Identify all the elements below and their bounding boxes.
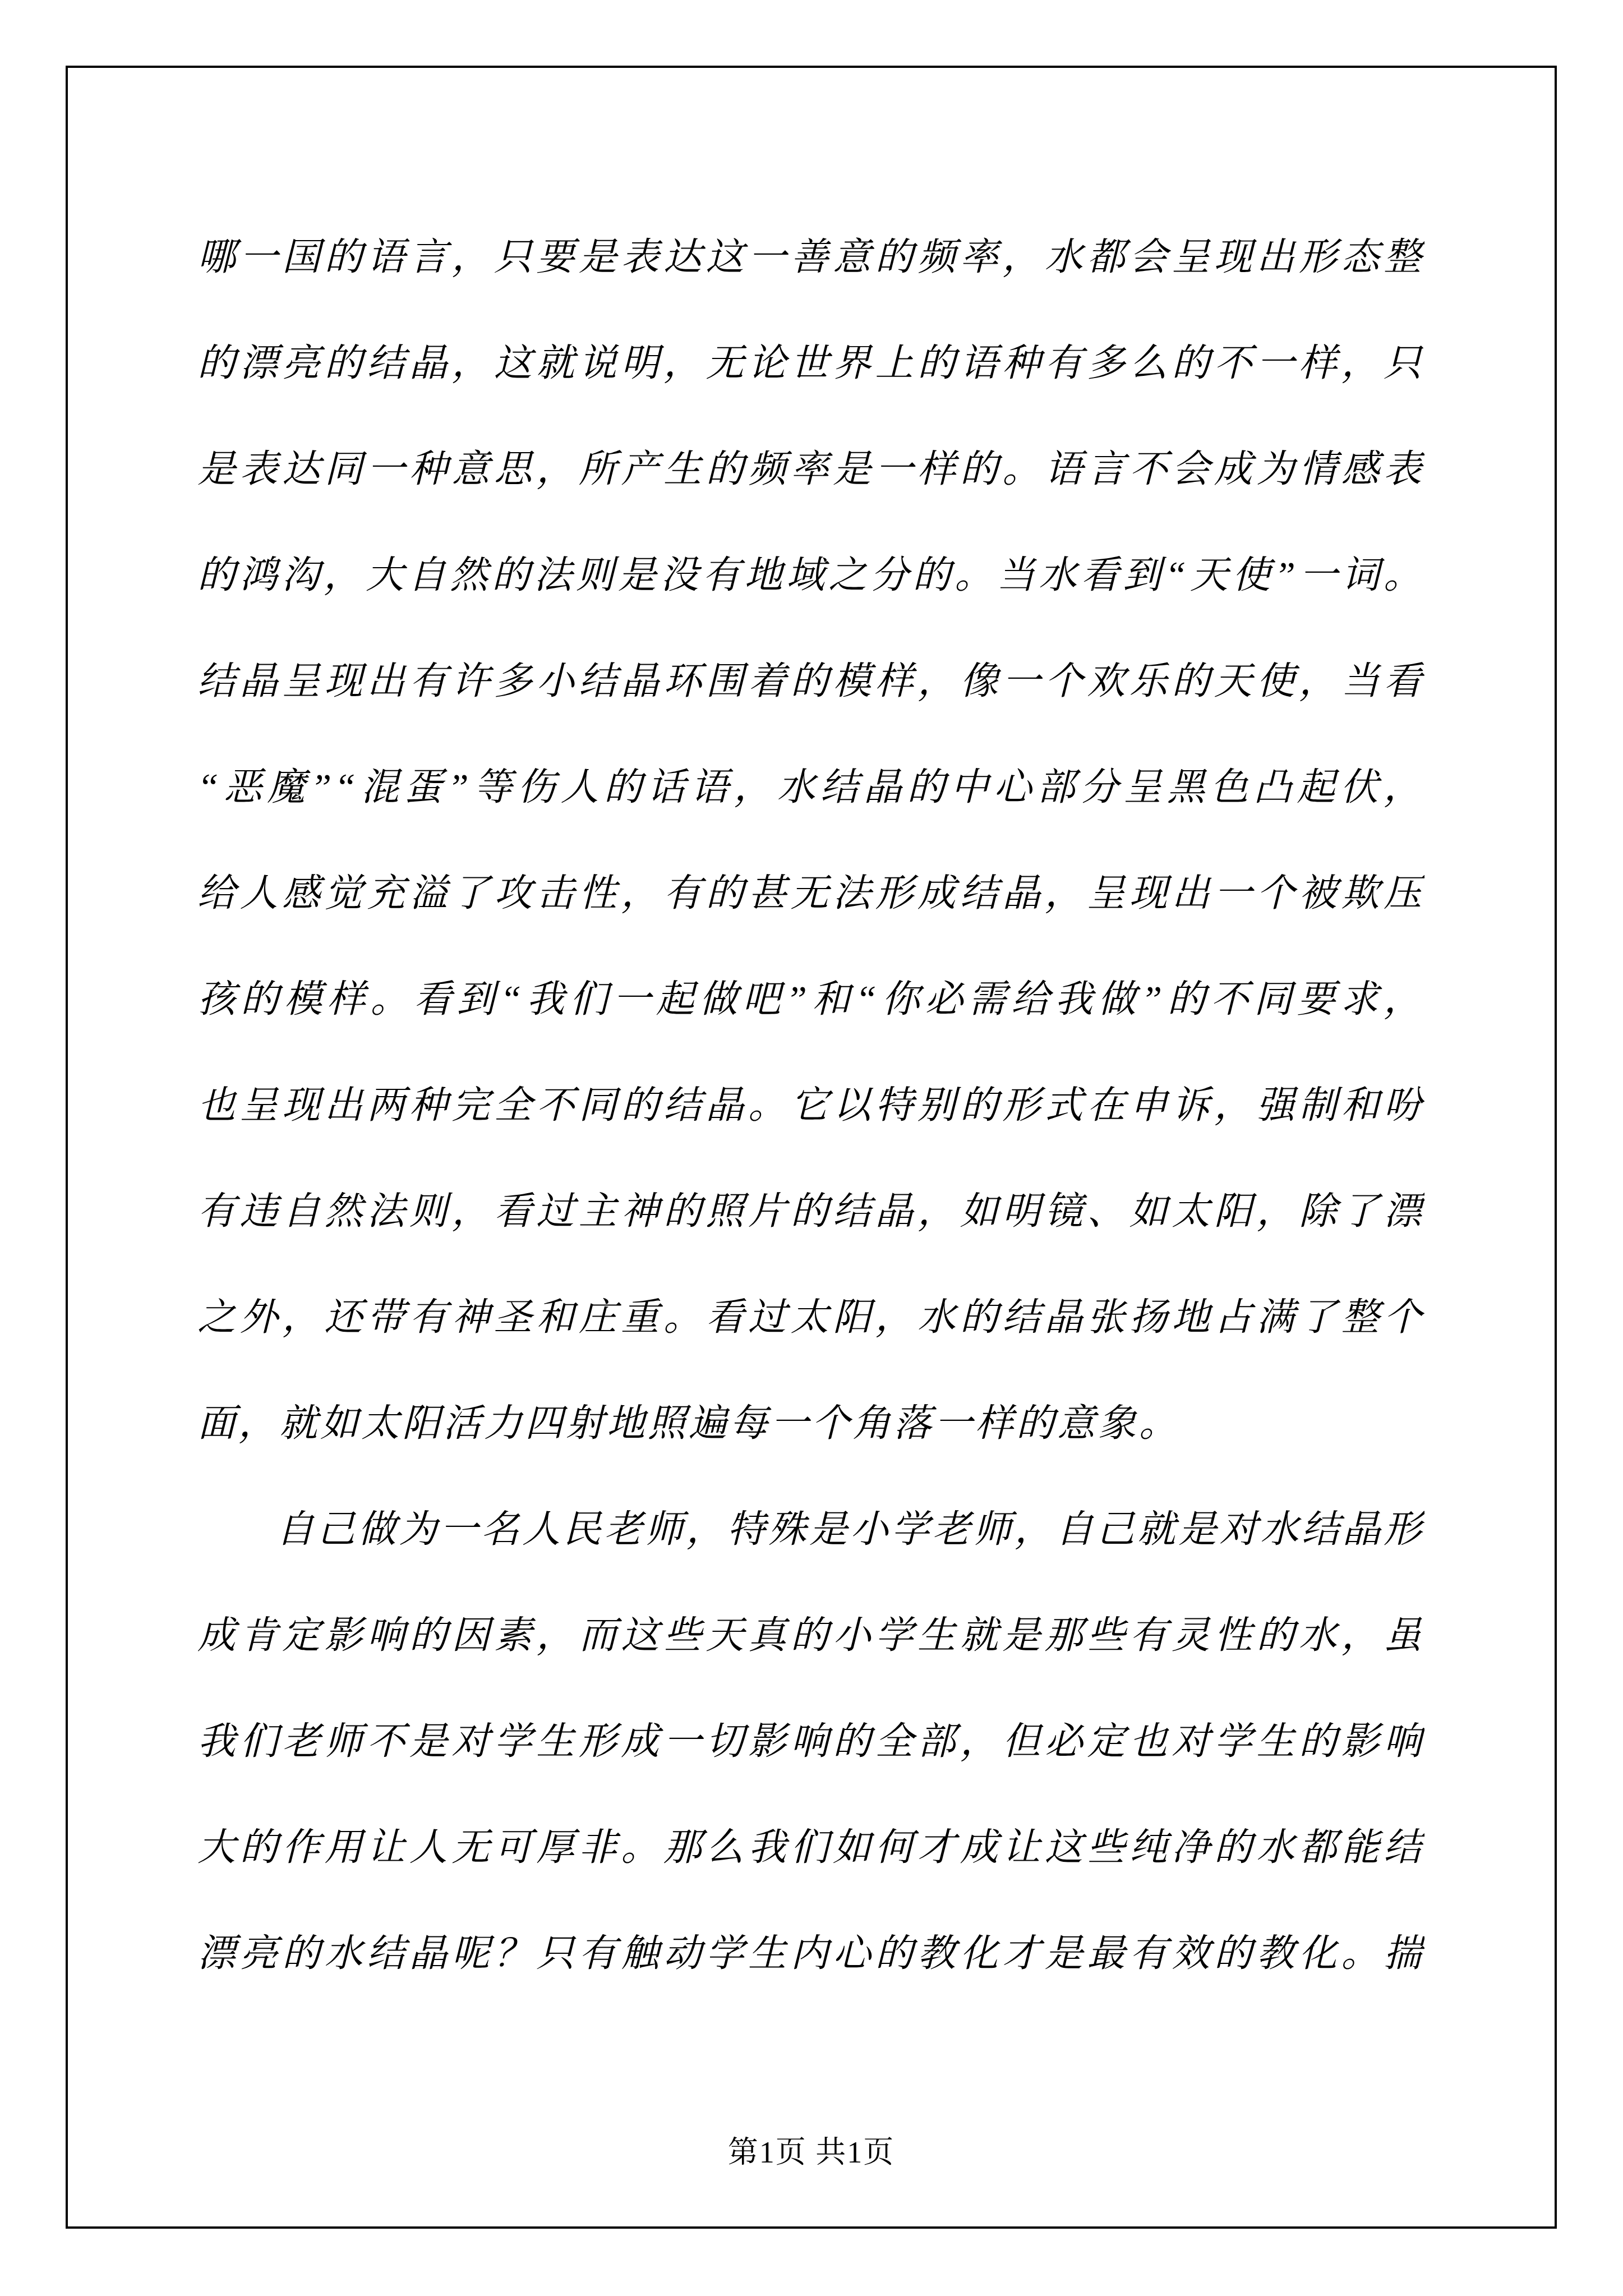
text-line: 给人感觉充溢了攻击性，有的甚无法形成结晶，呈现出一个被欺压小 — [197, 840, 1424, 946]
document-body: 哪一国的语言，只要是表达这一善意的频率，水都会呈现出形态整齐 的漂亮的结晶，这就… — [197, 204, 1424, 2007]
text-line: 漂亮的水结晶呢？只有触动学生内心的教化才是最有效的教化。揣着 — [197, 1901, 1424, 2007]
page-border-frame: 哪一国的语言，只要是表达这一善意的频率，水都会呈现出形态整齐 的漂亮的结晶，这就… — [66, 66, 1557, 2229]
text-line: 我们老师不是对学生形成一切影响的全部，但必定也对学生的影响之 — [197, 1688, 1424, 1795]
text-line: 成肯定影响的因素，而这些天真的小学生就是那些有灵性的水，虽然 — [197, 1582, 1424, 1688]
text-line: 的鸿沟，大自然的法则是没有地域之分的。当水看到“天使”一词。 — [197, 522, 1424, 628]
text-line: 的漂亮的结晶，这就说明，无论世界上的语种有多么的不一样，只要 — [197, 310, 1424, 416]
text-line: 孩的模样。看到“我们一起做吧”和“你必需给我做”的不同要求， — [197, 946, 1424, 1052]
text-line: 是表达同一种意思，所产生的频率是一样的。语言不会成为情感表达 — [197, 416, 1424, 522]
text-line: 大的作用让人无可厚非。那么我们如何才成让这些纯净的水都能结成 — [197, 1795, 1424, 1901]
text-line: 哪一国的语言，只要是表达这一善意的频率，水都会呈现出形态整齐 — [197, 204, 1424, 310]
document-page: 哪一国的语言，只要是表达这一善意的频率，水都会呈现出形态整齐 的漂亮的结晶，这就… — [0, 0, 1623, 2296]
text-line: “恶魔”“混蛋”等伤人的话语，水结晶的中心部分呈黑色凸起伏， — [197, 734, 1424, 840]
page-footer: 第1页 共1页 — [68, 2135, 1555, 2170]
text-line: 也呈现出两种完全不同的结晶。它以特别的形式在申诉，强制和吩咐 — [197, 1052, 1424, 1158]
text-line: 之外，还带有神圣和庄重。看过太阳，水的结晶张扬地占满了整个画 — [197, 1264, 1424, 1370]
text-line-paragraph-start: 自己做为一名人民老师，特殊是小学老师，自己就是对水结晶形 — [197, 1476, 1424, 1582]
text-line-paragraph-end: 面，就如太阳活力四射地照遍每一个角落一样的意象。 — [197, 1370, 1424, 1476]
text-line: 有违自然法则，看过主神的照片的结晶，如明镜、如太阳，除了漂亮 — [197, 1158, 1424, 1264]
text-line: 结晶呈现出有许多小结晶环围着的模样，像一个欢乐的天使，当看到 — [197, 628, 1424, 734]
